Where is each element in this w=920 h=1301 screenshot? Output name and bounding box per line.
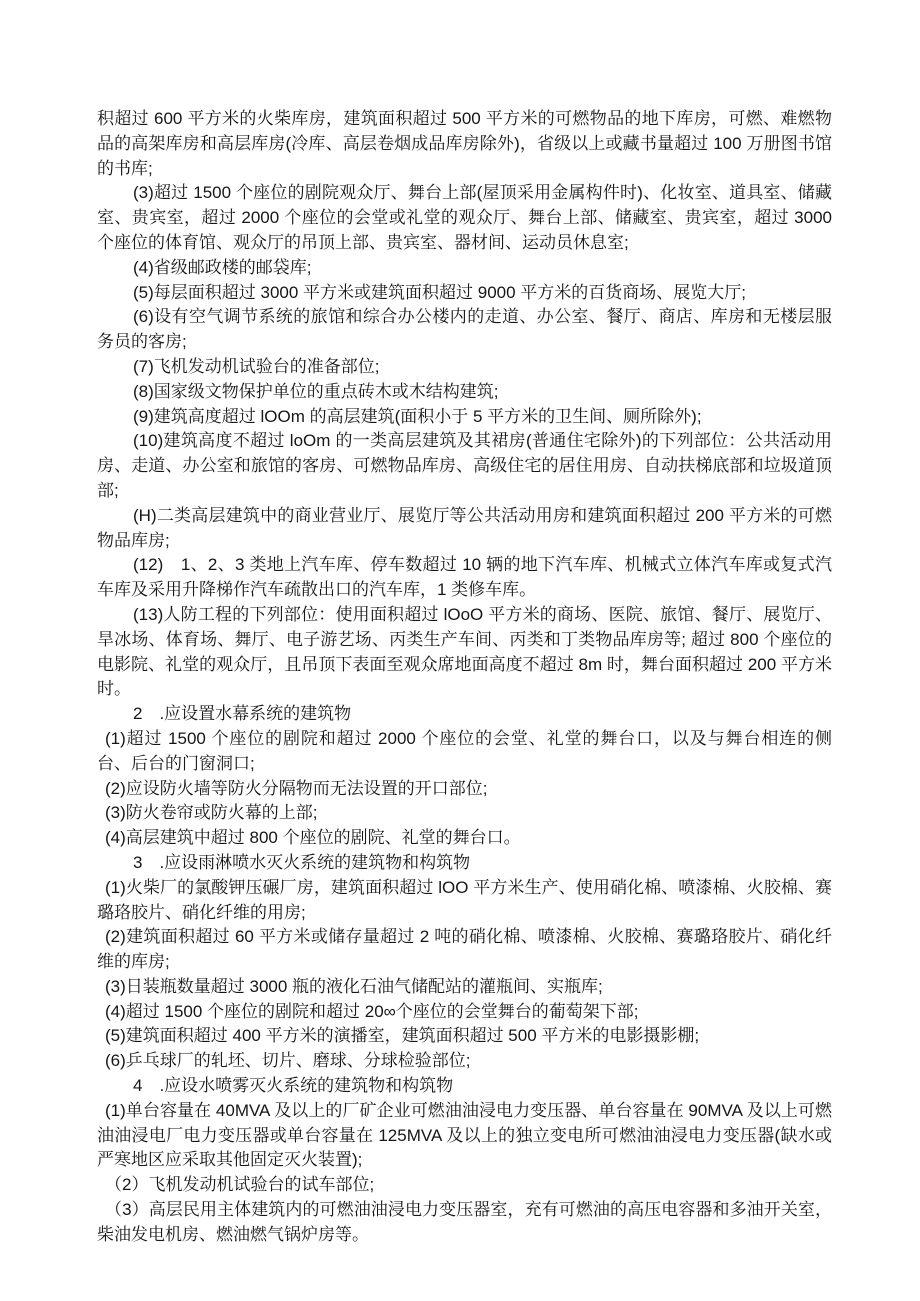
sprinkler-item-10: (10)建筑高度不超过 loOm 的一类高层建筑及其裙房(普通住宅除外)的下列部… [97, 429, 832, 503]
sprinkler-item-7: (7)飞机发动机试验台的准备部位; [97, 355, 832, 380]
water-curtain-item-3: (3)防火卷帘或防火幕的上部; [97, 801, 832, 826]
drencher-item-2: (2)建筑面积超过 60 平方米或储存量超过 2 吨的硝化棉、喷漆棉、火胶棉、赛… [97, 925, 832, 975]
sprinkler-item-6: (6)设有空气调节系统的旅馆和综合办公楼内的走道、办公室、餐厅、商店、库房和无楼… [97, 305, 832, 355]
sprinkler-item-8: (8)国家级文物保护单位的重点砖木或木结构建筑; [97, 380, 832, 405]
sprinkler-item-9: (9)建筑高度超过 lOOm 的高层建筑(面积小于 5 平方米的卫生间、厕所除外… [97, 405, 832, 430]
sprinkler-item-4: (4)省级邮政楼的邮袋库; [97, 256, 832, 281]
section-heading-water-spray: 4 .应设水喷雾灭火系统的建筑物和构筑物 [97, 1074, 832, 1099]
water-spray-item-2: （2）飞机发动机试验台的试车部位; [97, 1173, 832, 1198]
sprinkler-item-5: (5)每层面积超过 3000 平方米或建筑面积超过 9000 平方米的百货商场、… [97, 281, 832, 306]
drencher-item-1: (1)火柴厂的氯酸钾压碾厂房，建筑面积超过 lOO 平方米生产、使用硝化棉、喷漆… [97, 876, 832, 926]
drencher-item-3: (3)日装瓶数量超过 3000 瓶的液化石油气储配站的灌瓶间、实瓶库; [97, 975, 832, 1000]
water-curtain-item-2: (2)应设防火墙等防火分隔物而无法设置的开口部位; [97, 777, 832, 802]
section-heading-water-curtain: 2 .应设置水幕系统的建筑物 [97, 702, 832, 727]
section-heading-drencher: 3 .应设雨淋喷水灭火系统的建筑物和构筑物 [97, 851, 832, 876]
sprinkler-item-13: (13)人防工程的下列部位：使用面积超过 lOoO 平方米的商场、医院、旅馆、餐… [97, 603, 832, 702]
sprinkler-item-3: (3)超过 1500 个座位的剧院观众厅、舞台上部(屋顶采用金属构件时)、化妆室… [97, 181, 832, 255]
water-spray-item-3: （3）高层民用主体建筑内的可燃油油浸电力变压器室，充有可燃油的高压电容器和多油开… [97, 1198, 832, 1248]
drencher-item-4: (4)超过 1500 个座位的剧院和超过 20∞个座位的会堂舞台的葡萄架下部; [97, 1000, 832, 1025]
drencher-item-6: (6)乒乓球厂的轧坯、切片、磨球、分球检验部位; [97, 1049, 832, 1074]
drencher-item-5: (5)建筑面积超过 400 平方米的演播室，建筑面积超过 500 平方米的电影摄… [97, 1024, 832, 1049]
water-curtain-item-4: (4)高层建筑中超过 800 个座位的剧院、礼堂的舞台口。 [97, 826, 832, 851]
paragraph-continuation: 积超过 600 平方米的火柴库房，建筑面积超过 500 平方米的可燃物品的地下库… [97, 107, 832, 181]
document-page: 积超过 600 平方米的火柴库房，建筑面积超过 500 平方米的可燃物品的地下库… [0, 0, 920, 1301]
sprinkler-item-11: (H)二类高层建筑中的商业营业厅、展览厅等公共活动用房和建筑面积超过 200 平… [97, 504, 832, 554]
sprinkler-item-12: (12) 1、2、3 类地上汽车库、停车数超过 10 辆的地下汽车库、机械式立体… [97, 553, 832, 603]
water-curtain-item-1: (1)超过 1500 个座位的剧院和超过 2000 个座位的会堂、礼堂的舞台口，… [97, 727, 832, 777]
document-text-block: 积超过 600 平方米的火柴库房，建筑面积超过 500 平方米的可燃物品的地下库… [97, 107, 832, 1248]
water-spray-item-1: (1)单台容量在 40MVA 及以上的厂矿企业可燃油油浸电力变压器、单台容量在 … [97, 1099, 832, 1173]
